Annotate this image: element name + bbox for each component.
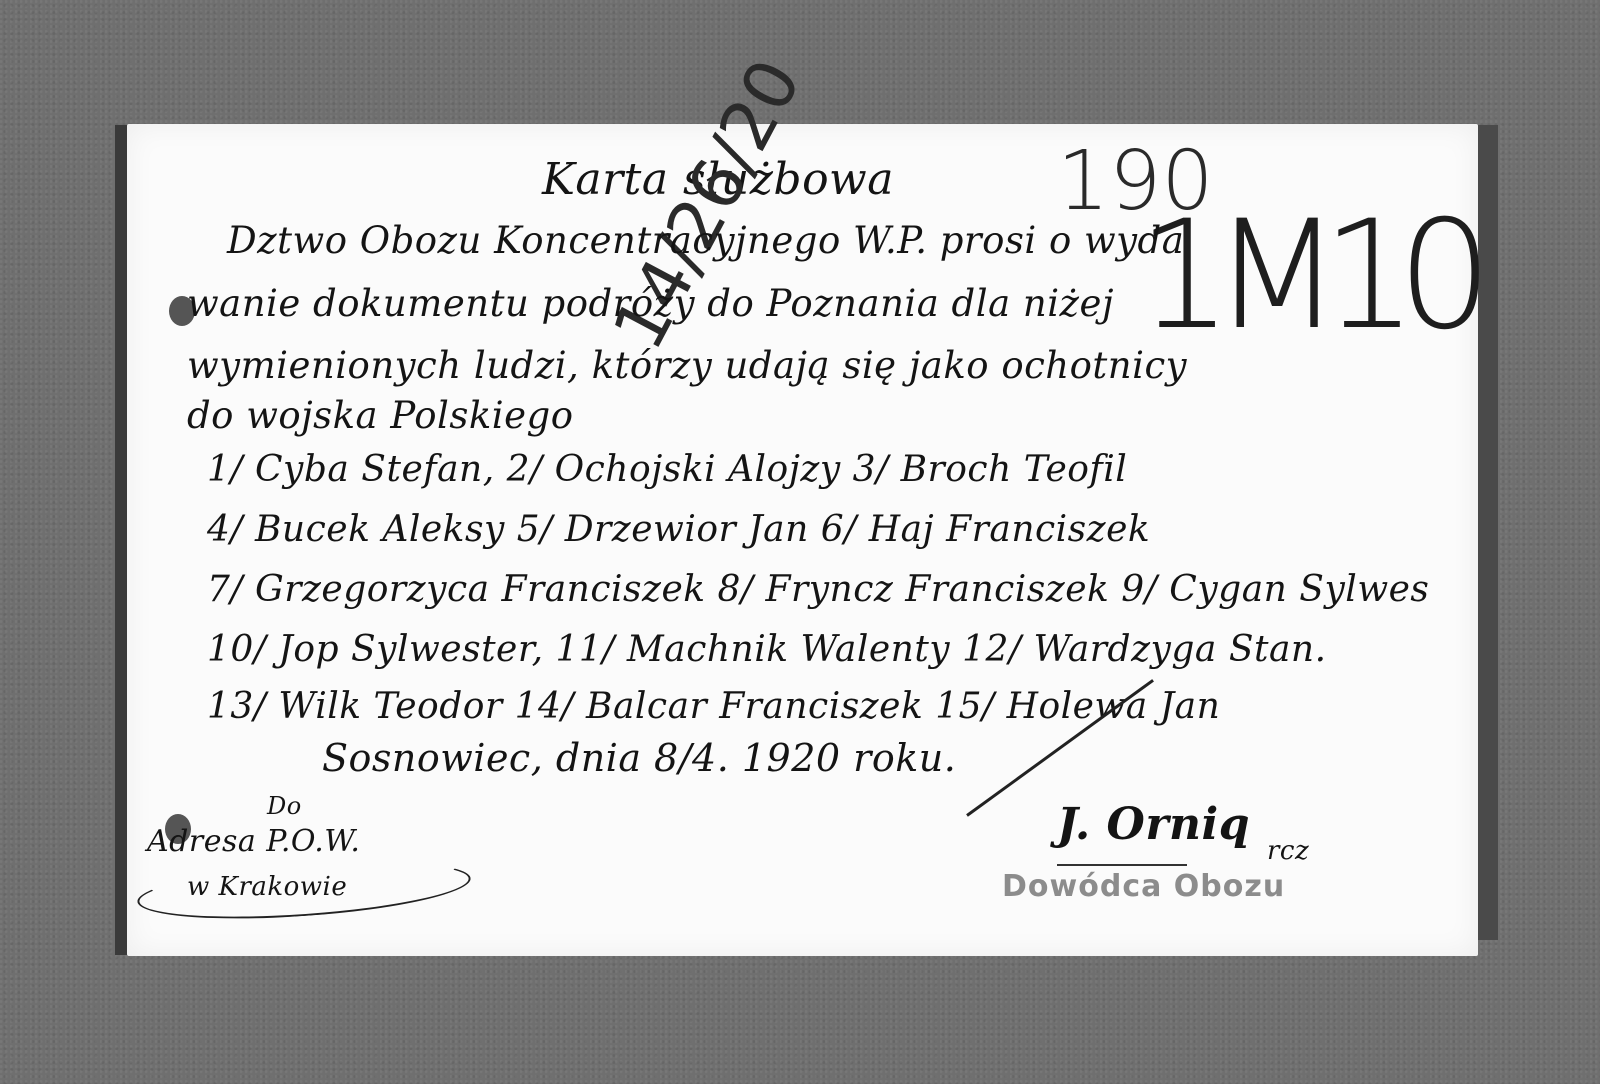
addressee-to-label: Do	[267, 792, 302, 820]
names-row-2: 4/ Bucek Aleksy 5/ Drzewior Jan 6/ Haj F…	[207, 509, 1150, 550]
body-line-4: do wojska Polskiego	[187, 394, 573, 437]
body-line-2: wanie dokumentu podróży do Poznania dla …	[187, 282, 1114, 325]
card-right-shadow	[1478, 125, 1498, 940]
body-line-1: Dztwo Obozu Koncentracyjnego W.P. prosi …	[227, 219, 1184, 262]
addressee-underline-flourish	[136, 852, 473, 927]
names-row-1: 1/ Cyba Stefan, 2/ Ochojski Alojzy 3/ Br…	[207, 449, 1127, 490]
body-line-3: wymienionych ludzi, którzy udają się jak…	[187, 344, 1187, 387]
names-row-5: 13/ Wilk Teodor 14/ Balcar Franciszek 15…	[207, 686, 1220, 727]
signature-suffix: rcz	[1267, 836, 1309, 866]
commander-stamp: Dowódca Obozu	[1002, 869, 1285, 904]
names-row-4: 10/ Jop Sylwester, 11/ Machnik Walenty 1…	[207, 629, 1327, 670]
card-left-shadow	[115, 125, 127, 955]
signature-underline	[1057, 864, 1187, 866]
place-and-date: Sosnowiec, dnia 8/4. 1920 roku.	[322, 736, 956, 780]
signature: J. Orniq	[1057, 799, 1250, 850]
names-row-3: 7/ Grzegorzyca Franciszek 8/ Fryncz Fran…	[207, 569, 1429, 610]
addressee: Adresa P.O.W.	[147, 824, 360, 859]
document-card: Karta służbowa 190 1M10 14/26/20 Dztwo O…	[127, 124, 1478, 956]
pencil-large-annotation: 1M10	[1137, 189, 1473, 363]
